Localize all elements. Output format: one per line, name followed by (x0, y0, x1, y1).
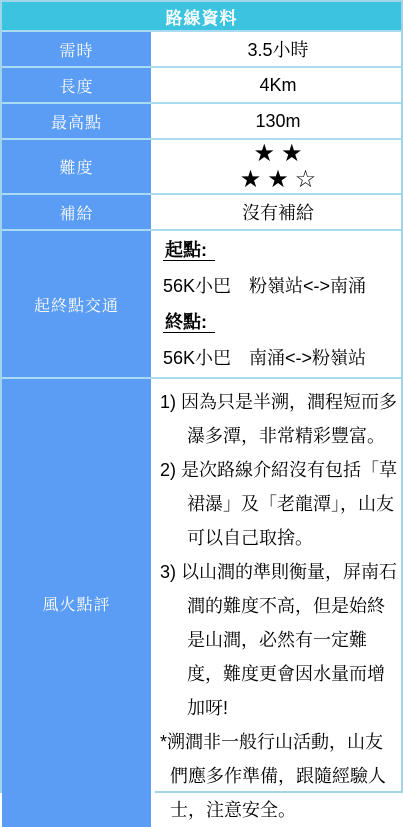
review-text: 1) 因為只是半溯，澗程短而多瀑多潭，非常精彩豐富。 2) 是次路線介紹沒有包括… (155, 379, 401, 827)
row-label-difficulty: 難度 (2, 140, 155, 193)
row-label-length: 長度 (2, 68, 155, 102)
difficulty-stars: ★★ ★★☆ (155, 140, 401, 193)
transport-details: 起點: 56K小巴 粉嶺站<->南涌 終點: 56K小巴 南涌<->粉嶺站 (155, 231, 401, 377)
row-label-time: 需時 (2, 32, 155, 66)
table-row-highest-point: 最高點 130m (2, 104, 401, 140)
review-item-2: 2) 是次路線介紹沒有包括「草裙瀑」及「老龍潭」，山友可以自己取捨。 (160, 453, 397, 555)
row-value-time: 3.5小時 (155, 32, 401, 66)
transport-end-route: 56K小巴 南涌<->粉嶺站 (163, 340, 366, 376)
row-label-transport: 起終點交通 (2, 231, 155, 377)
transport-start-heading-line: 起點: (163, 232, 215, 268)
review-item-3: 3) 以山澗的準則衡量，屏南石澗的難度不高，但是始終是山澗，必然有一定難度，難度… (160, 555, 397, 725)
table-row-supply: 補給 沒有補給 (2, 195, 401, 231)
review-item-1: 1) 因為只是半溯，澗程短而多瀑多潭，非常精彩豐富。 (160, 385, 397, 453)
route-info-table: 路線資料 需時 3.5小時 長度 4Km 最高點 130m 難度 ★★ ★★☆ … (0, 0, 403, 793)
table-row-review: 風火點評 1) 因為只是半溯，澗程短而多瀑多潭，非常精彩豐富。 2) 是次路線介… (2, 379, 401, 827)
transport-start-route: 56K小巴 粉嶺站<->南涌 (163, 268, 366, 304)
row-label-review: 風火點評 (2, 379, 155, 827)
row-label-supply: 補給 (2, 195, 155, 229)
transport-start-heading: 起點: (163, 240, 215, 261)
table-row-transport: 起終點交通 起點: 56K小巴 粉嶺站<->南涌 終點: 56K小巴 南涌<->… (2, 231, 401, 379)
star-rating-icons-top: ★★ (247, 141, 308, 167)
transport-end-heading: 終點: (163, 312, 215, 333)
transport-end-heading-line: 終點: (163, 304, 215, 340)
row-value-length: 4Km (155, 68, 401, 102)
row-value-supply: 沒有補給 (155, 195, 401, 229)
row-value-highest-point: 130m (155, 104, 401, 138)
table-row-time: 需時 3.5小時 (2, 32, 401, 68)
star-rating-icons-bottom: ★★☆ (234, 167, 323, 193)
review-safety-note: *溯澗非一般行山活動，山友們應多作準備，跟隨經驗人士，注意安全。 (160, 725, 397, 827)
table-row-length: 長度 4Km (2, 68, 401, 104)
table-title: 路線資料 (2, 2, 401, 32)
row-label-highest-point: 最高點 (2, 104, 155, 138)
table-row-difficulty: 難度 ★★ ★★☆ (2, 140, 401, 195)
